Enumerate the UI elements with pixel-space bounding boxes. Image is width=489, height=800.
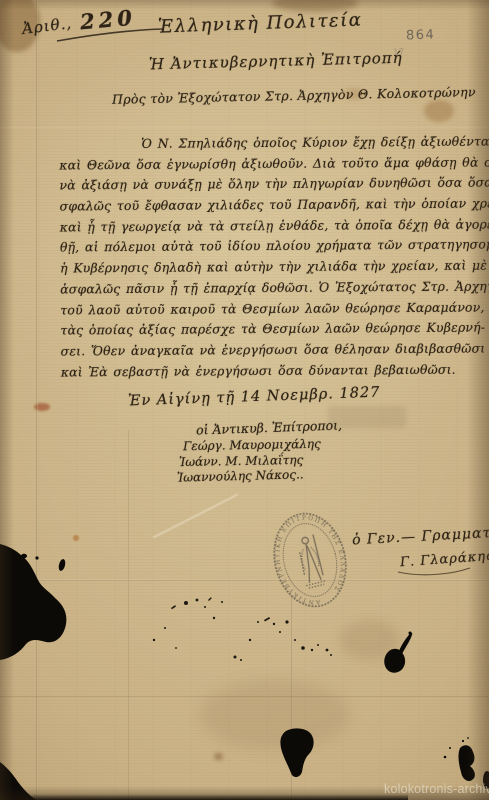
archive-watermark: kolokotronis-archive.org [384, 782, 489, 796]
scanned-document-page: Ἀριθ., 220 Ἑλληνικὴ Πολιτεία 864 17 Ἡ Ἀν… [0, 0, 489, 800]
edge-vignette [0, 0, 489, 800]
